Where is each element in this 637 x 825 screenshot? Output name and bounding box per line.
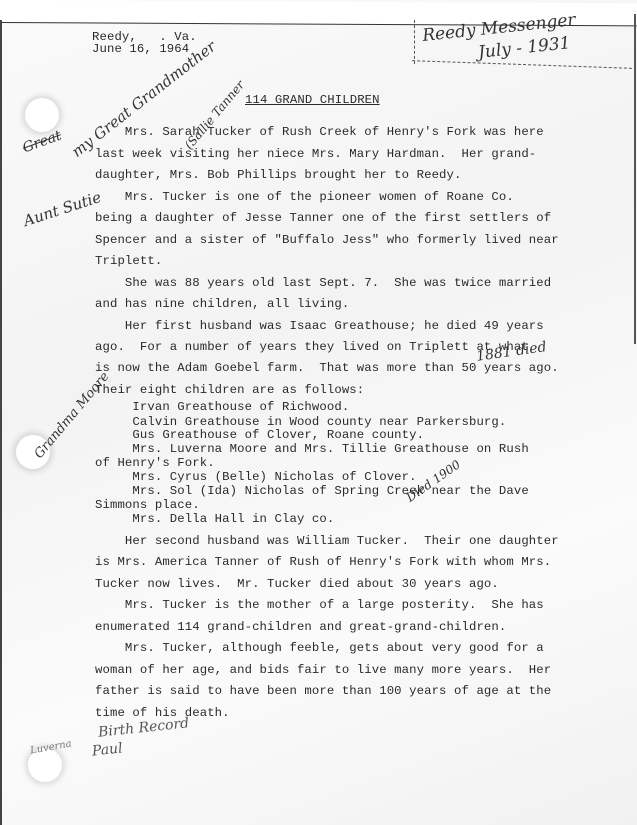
body-line: daughter, Mrs. Bob Phillips brought her … — [95, 168, 462, 182]
body-line: Mrs. Tucker is the mother of a large pos… — [95, 598, 544, 612]
paper-left-edge — [0, 20, 2, 825]
body-line: Mrs. Cyrus (Belle) Nicholas of Clover. — [95, 470, 417, 484]
clipping-box-left — [414, 20, 415, 64]
body-line: Gus Greathouse of Clover, Roane county. — [95, 428, 424, 442]
body-line: Calvin Greathouse in Wood county near Pa… — [95, 415, 506, 429]
body-line: father is said to have been more than 10… — [95, 684, 551, 698]
body-line: last week visiting her niece Mrs. Mary H… — [95, 147, 536, 161]
body-line: Mrs. Sol (Ida) Nicholas of Spring Creek … — [95, 484, 529, 498]
body-line: Mrs. Tucker, although feeble, gets about… — [95, 641, 544, 655]
document-page: Reedy, . Va. June 16, 1964 Reedy Messeng… — [0, 0, 637, 825]
body-line: She was 88 years old last Sept. 7. She w… — [95, 276, 551, 290]
body-line: Her second husband was William Tucker. T… — [95, 534, 559, 548]
body-line: and has nine children, all living. — [95, 297, 349, 311]
body-line: ago. For a number of years they lived on… — [95, 340, 529, 354]
body-line: Triplett. — [95, 254, 162, 268]
handwritten-sallie-tanner: (Sallie Tanner — [182, 78, 247, 152]
body-line: Spencer and a sister of "Buffalo Jess" w… — [95, 233, 559, 247]
body-line: Irvan Greathouse of Richwood. — [95, 400, 349, 414]
body-line: Tucker now lives. Mr. Tucker died about … — [95, 577, 499, 591]
paper-right-edge — [634, 14, 636, 344]
handwritten-aunt-sutie: Aunt Sutie — [21, 188, 103, 230]
dateline-date: June 16, 1964 — [92, 42, 189, 56]
handwritten-paul: Paul — [91, 740, 123, 759]
body-line: Simmons place. — [95, 498, 200, 512]
article-title: 114 GRAND CHILDREN — [245, 93, 380, 107]
body-line: woman of her age, and bids fair to live … — [95, 663, 551, 677]
body-line: being a daughter of Jesse Tanner one of … — [95, 211, 551, 225]
body-line: Her first husband was Isaac Greathouse; … — [95, 319, 544, 333]
body-line: Mrs. Della Hall in Clay co. — [95, 512, 334, 526]
body-line: of Henry's Fork. — [95, 456, 215, 470]
body-line: is Mrs. America Tanner of Rush of Henry'… — [95, 555, 551, 569]
punch-hole-top — [25, 98, 59, 132]
body-line: Mrs. Luverna Moore and Mrs. Tillie Great… — [95, 442, 529, 456]
body-line: Mrs. Sarah Tucker of Rush Creek of Henry… — [95, 125, 544, 139]
body-line: Mrs. Tucker is one of the pioneer women … — [95, 190, 514, 204]
clipping-box-line — [412, 60, 632, 69]
body-line: enumerated 114 grand-children and great-… — [95, 620, 506, 634]
body-line: Their eight children are as follows: — [95, 383, 364, 397]
